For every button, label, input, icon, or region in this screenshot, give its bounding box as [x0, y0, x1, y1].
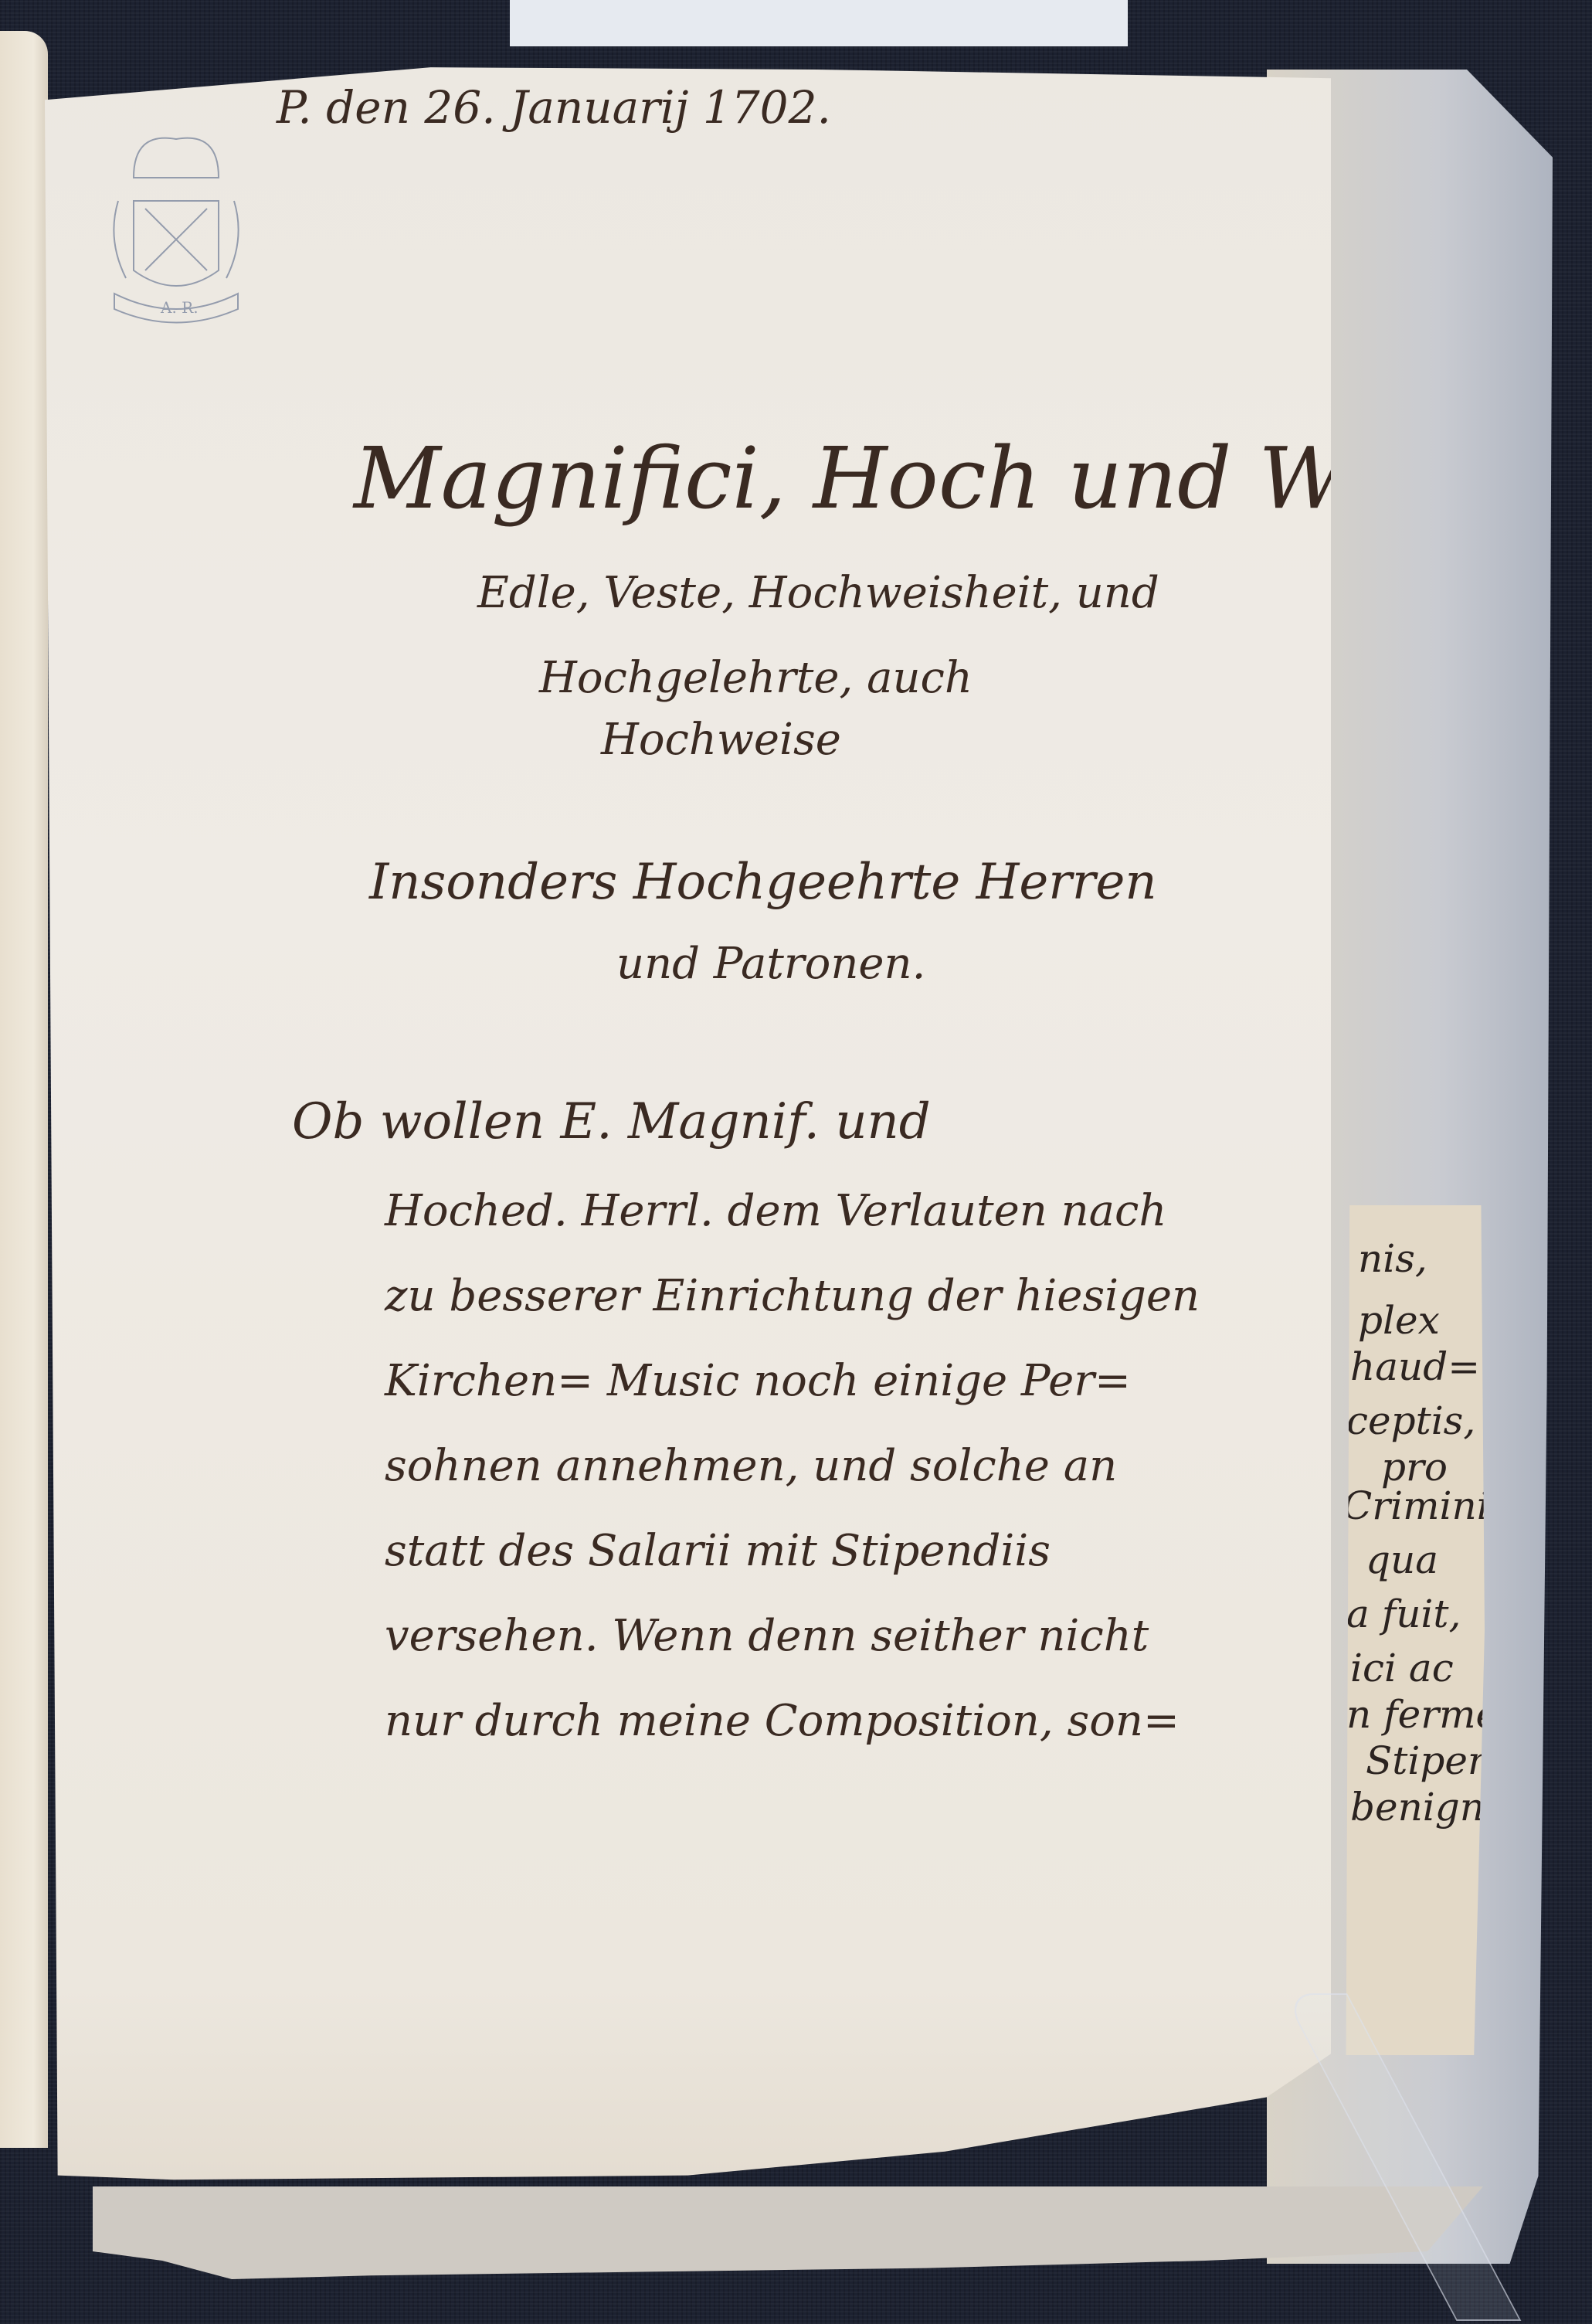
received-date-note: P. den 26. Januarij 1702. [277, 81, 831, 134]
fragment-line: n fermè [1346, 1692, 1499, 1737]
salutation-line: Hochgelehrte, auch [539, 653, 973, 703]
fragment-line: qua [1366, 1537, 1438, 1582]
fragment-line: plex [1358, 1298, 1440, 1343]
svg-text:A. R.: A. R. [160, 298, 199, 317]
body-line: sohnen annehmen, und solche an [385, 1441, 1117, 1491]
body-line: Hoched. Herrl. dem Verlauten nach [385, 1186, 1166, 1236]
salutation-line: und Patronen. [616, 939, 925, 989]
left-facing-page-edge [0, 31, 48, 2148]
body-line: nur durch meine Composition, son= [385, 1696, 1180, 1746]
salutation-line: Hochweise [601, 715, 841, 765]
fragment-line: Crimini, [1343, 1483, 1502, 1528]
fragment-line: ici ac [1350, 1646, 1454, 1690]
fragment-line: ceptis, [1346, 1398, 1475, 1443]
fragment-line: Stipen [1366, 1738, 1492, 1783]
fragment-line: haud= [1350, 1344, 1480, 1389]
coat-of-arms-stamp-icon: A. R. [103, 116, 249, 324]
manuscript-page: A. R. P. den 26. Januarij 1702. Magnific… [45, 35, 1331, 2206]
body-line: Kirchen= Music noch einige Per= [385, 1356, 1131, 1406]
index-card-top [510, 0, 1128, 46]
salutation-line: Edle, Veste, Hochweisheit, und [477, 568, 1159, 618]
body-line: statt des Salarii mit Stipendiis [385, 1526, 1051, 1576]
body-line: versehen. Wenn denn seither nicht [385, 1611, 1149, 1661]
fragment-line: a fuit, [1346, 1592, 1461, 1636]
body-line: Ob wollen E. Magnif. und [292, 1093, 931, 1150]
body-line: zu besserer Einrichtung der hiesigen [385, 1271, 1200, 1321]
fragment-line: nis, [1358, 1236, 1427, 1281]
salutation-line: Insonders Hochgeehrte Herren [369, 854, 1157, 911]
fragment-line: benign. [1350, 1785, 1497, 1830]
